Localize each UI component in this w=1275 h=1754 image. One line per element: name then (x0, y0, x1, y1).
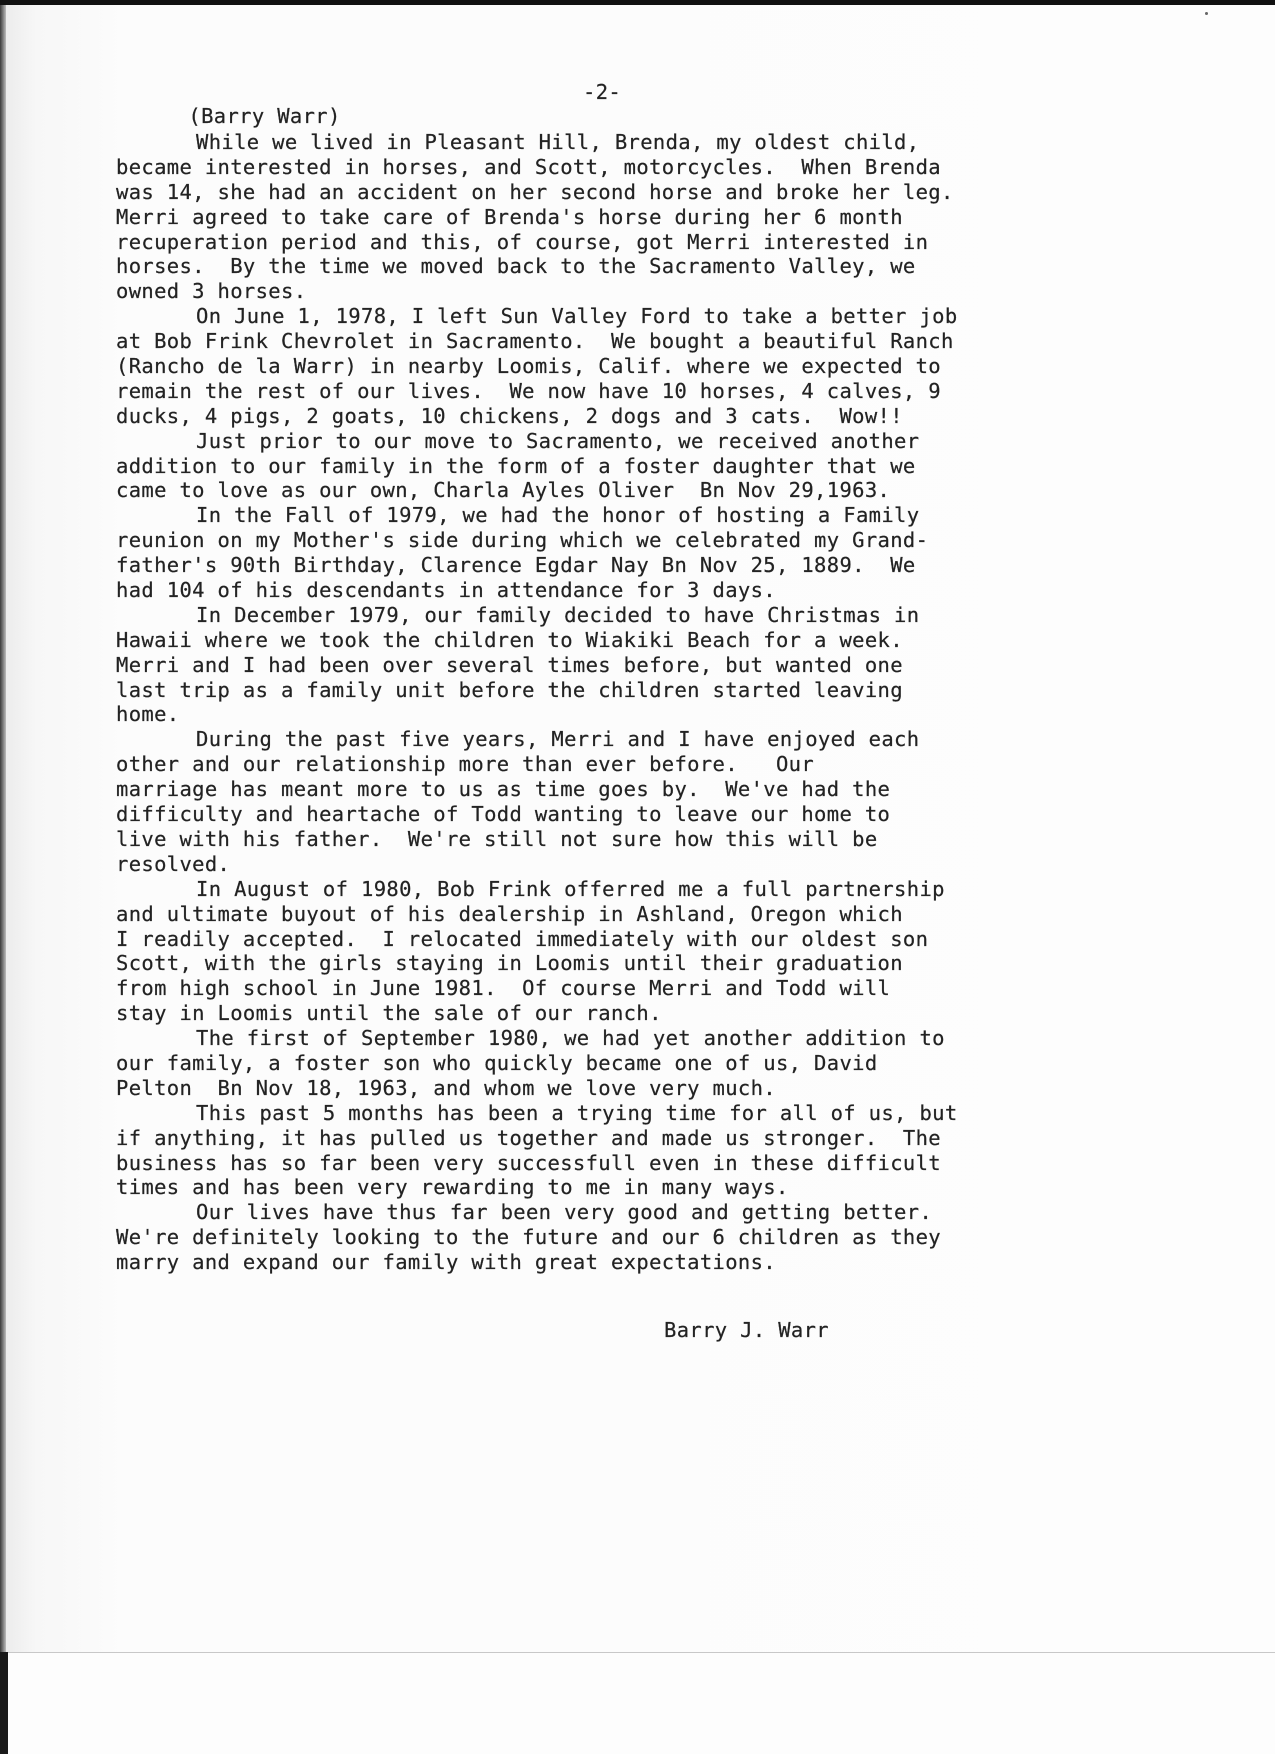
text-line: marry and expand our family with great e… (116, 1250, 958, 1275)
text-line: Scott, with the girls staying in Loomis … (116, 951, 958, 976)
letter-body: While we lived in Pleasant Hill, Brenda,… (116, 130, 958, 1275)
scan-speck (1205, 12, 1208, 15)
paragraph-first-line: In August of 1980, Bob Frink offerred me… (116, 877, 958, 902)
text-line: had 104 of his descendants in attendance… (116, 578, 958, 603)
text-line: father's 90th Birthday, Clarence Egdar N… (116, 553, 958, 578)
text-line: last trip as a family unit before the ch… (116, 678, 958, 703)
text-line: times and has been very rewarding to me … (116, 1175, 958, 1200)
text-line: ducks, 4 pigs, 2 goats, 10 chickens, 2 d… (116, 404, 958, 429)
paragraph-first-line: Just prior to our move to Sacramento, we… (116, 429, 958, 454)
paragraph-first-line: In December 1979, our family decided to … (116, 603, 958, 628)
text-line: reunion on my Mother's side during which… (116, 528, 958, 553)
text-line: marriage has meant more to us as time go… (116, 777, 958, 802)
text-line: was 14, she had an accident on her secon… (116, 180, 958, 205)
text-line: remain the rest of our lives. We now hav… (116, 379, 958, 404)
text-line: We're definitely looking to the future a… (116, 1225, 958, 1250)
text-line: our family, a foster son who quickly bec… (116, 1051, 958, 1076)
text-line: stay in Loomis until the sale of our ran… (116, 1001, 958, 1026)
author-label: (Barry Warr) (188, 104, 340, 128)
text-line: other and our relationship more than eve… (116, 752, 958, 777)
paper-bottom-edge (6, 1652, 1275, 1653)
scan-left-edge (0, 1652, 8, 1754)
paragraph-first-line: In the Fall of 1979, we had the honor of… (116, 503, 958, 528)
text-line: live with his father. We're still not su… (116, 827, 958, 852)
text-line: came to love as our own, Charla Ayles Ol… (116, 478, 958, 503)
paragraph-first-line: The first of September 1980, we had yet … (116, 1026, 958, 1051)
text-line: from high school in June 1981. Of course… (116, 976, 958, 1001)
text-line: Hawaii where we took the children to Wia… (116, 628, 958, 653)
text-line: recuperation period and this, of course,… (116, 230, 958, 255)
text-line: (Rancho de la Warr) in nearby Loomis, Ca… (116, 354, 958, 379)
page-number: -2- (583, 80, 621, 104)
text-line: owned 3 horses. (116, 279, 958, 304)
paragraph-first-line: Our lives have thus far been very good a… (116, 1200, 958, 1225)
paragraph-first-line: While we lived in Pleasant Hill, Brenda,… (116, 130, 958, 155)
text-line: horses. By the time we moved back to the… (116, 254, 958, 279)
text-line: became interested in horses, and Scott, … (116, 155, 958, 180)
text-line: addition to our family in the form of a … (116, 454, 958, 479)
text-line: if anything, it has pulled us together a… (116, 1126, 958, 1151)
signature: Barry J. Warr (664, 1318, 829, 1342)
paragraph-first-line: This past 5 months has been a trying tim… (116, 1101, 958, 1126)
paragraph-first-line: During the past five years, Merri and I … (116, 727, 958, 752)
text-line: difficulty and heartache of Todd wanting… (116, 802, 958, 827)
paragraph-first-line: On June 1, 1978, I left Sun Valley Ford … (116, 304, 958, 329)
text-line: Merri and I had been over several times … (116, 653, 958, 678)
text-line: business has so far been very successful… (116, 1151, 958, 1176)
text-line: Merri agreed to take care of Brenda's ho… (116, 205, 958, 230)
text-line: Pelton Bn Nov 18, 1963, and whom we love… (116, 1076, 958, 1101)
text-line: I readily accepted. I relocated immediat… (116, 927, 958, 952)
text-line: and ultimate buyout of his dealership in… (116, 902, 958, 927)
text-line: home. (116, 702, 958, 727)
text-line: at Bob Frink Chevrolet in Sacramento. We… (116, 329, 958, 354)
text-line: resolved. (116, 852, 958, 877)
